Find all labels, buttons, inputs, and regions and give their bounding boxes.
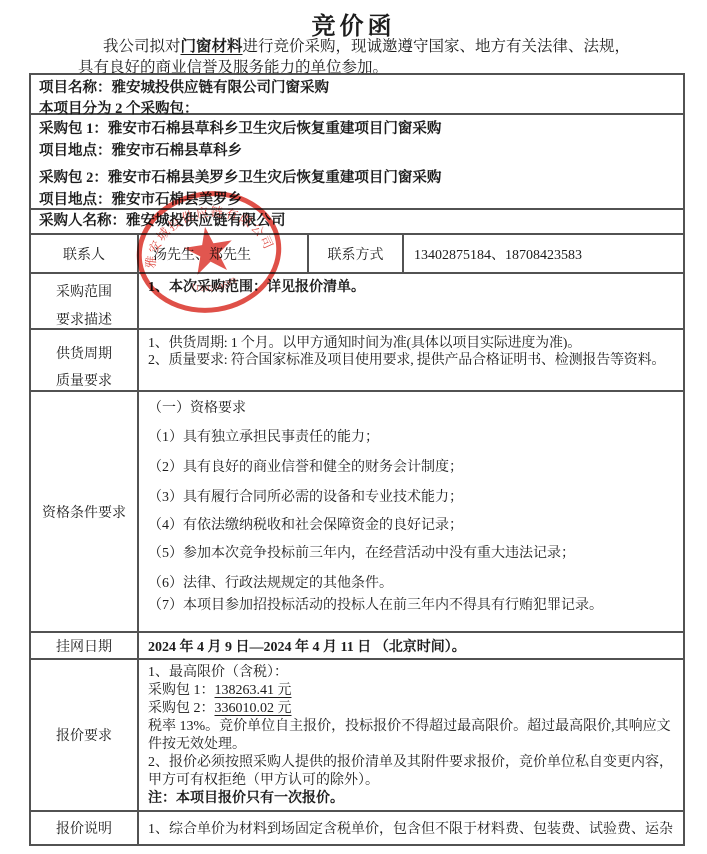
quote-rule-line: 2、报价必须按照采购人提供的报价清单及其附件要求报价，竞价单位私自变更内容，: [148, 754, 677, 772]
qualification-item-2: （2）具有良好的商业信誉和健全的财务会计制度；: [148, 459, 677, 477]
package-2-location: 项目地点：雅安市石棉县美罗乡: [39, 189, 677, 211]
qualification-item-1: （1）具有独立承担民事责任的能力；: [148, 429, 677, 447]
listing-date-label: 挂网日期: [31, 633, 139, 658]
qualification-label: 资格条件要求: [31, 392, 139, 631]
supply-label-line1: 供货周期: [56, 341, 112, 368]
qualification-item-4: （4）有依法缴纳税收和社会保障资金的良好记录；: [148, 517, 677, 535]
scope-content: 1、本次采购范围：详见报价清单。: [139, 274, 683, 328]
quote-rule-line-wrap: 甲方可有权拒绝（甲方认可的除外）。: [148, 772, 677, 790]
table-row-packages: 采购包 1：雅安市石棉县草科乡卫生灾后恢复重建项目门窗采购 项目地点：雅安市石棉…: [31, 115, 683, 210]
bidding-letter-document: 竞价函 我公司拟对门窗材料进行竞价采购，现诚邀遵守国家、地方有关法律、法规，具有…: [0, 0, 707, 854]
scope-label-line1: 采购范围: [56, 279, 112, 307]
package-1-line: 采购包 1：雅安市石棉县草科乡卫生灾后恢复重建项目门窗采购: [39, 118, 677, 140]
max-price-package-2-amount: 336010.02 元: [215, 701, 292, 716]
quote-description-label: 报价说明: [31, 812, 139, 844]
bidding-info-table: 项目名称：雅安城投供应链有限公司门窗采购 本项目分为 2 个采购包： 采购包 1…: [29, 73, 685, 846]
qualification-heading: （一）资格要求: [148, 400, 677, 418]
table-row-supply-period: 供货周期 质量要求 1、供货周期: 1 个月。以甲方通知时间为准(具体以项目实际…: [31, 330, 683, 392]
qualification-item-6: （6）法律、行政法规规定的其他条件。: [148, 575, 677, 593]
quality-requirement-line: 2、质量要求: 符合国家标准及项目使用要求, 提供产品合格证明书、检测报告等资料…: [148, 352, 677, 369]
max-price-package-1-amount: 138263.41 元: [215, 683, 292, 698]
table-row-contact: 联系人 汤先生、郑先生 联系方式 13402875184、18708423583: [31, 235, 683, 274]
tax-rate-line: 税率 13%。竞价单位自主报价，投标报价不得超过最高限价。超过最高限价,其响应文: [148, 718, 677, 736]
table-row-qualification: 资格条件要求 （一）资格要求 （1）具有独立承担民事责任的能力； （2）具有良好…: [31, 392, 683, 633]
contact-method-label: 联系方式: [309, 235, 404, 272]
qualification-item-7: （7）本项目参加招投标活动的投标人在前三年内不得具有行贿犯罪记录。: [148, 597, 677, 615]
intro-paragraph: 我公司拟对门窗材料进行竞价采购，现诚邀遵守国家、地方有关法律、法规，具有良好的商…: [78, 36, 643, 78]
contact-label: 联系人: [31, 235, 139, 272]
package-2-line: 采购包 2：雅安市石棉县美罗乡卫生灾后恢复重建项目门窗采购: [39, 167, 677, 189]
quote-requirements-label: 报价要求: [31, 660, 139, 810]
quote-note: 注：本项目报价只有一次报价。: [148, 790, 677, 808]
contact-names: 汤先生、郑先生: [139, 235, 309, 272]
supply-label-line2: 质量要求: [56, 368, 112, 395]
tax-rate-line-wrap: 件按无效处理。: [148, 736, 677, 754]
supply-period-line: 1、供货周期: 1 个月。以甲方通知时间为准(具体以项目实际进度为准)。: [148, 335, 677, 352]
package-1-location: 项目地点：雅安市石棉县草科乡: [39, 140, 677, 162]
intro-underlined-subject: 门窗材料: [181, 38, 243, 55]
table-row-quote-description: 报价说明 1、综合单价为材料到场固定含税单价，包含但不限于材料费、包装费、试验费…: [31, 812, 683, 844]
table-row-listing-date: 挂网日期 2024 年 4 月 9 日—2024 年 4 月 11 日 （北京时…: [31, 633, 683, 660]
table-row-project-name: 项目名称：雅安城投供应链有限公司门窗采购 本项目分为 2 个采购包：: [31, 75, 683, 115]
project-name-line: 项目名称：雅安城投供应链有限公司门窗采购: [39, 78, 677, 99]
qualification-item-3: （3）具有履行合同所必需的设备和专业技术能力；: [148, 489, 677, 507]
contact-phone-numbers: 13402875184、18708423583: [404, 235, 683, 272]
table-row-quote-requirements: 报价要求 1、最高限价（含税）： 采购包 1：138263.41 元 采购包 2…: [31, 660, 683, 812]
table-row-purchaser: 采购人名称：雅安城投供应链有限公司: [31, 210, 683, 235]
max-price-package-2: 采购包 2：336010.02 元: [148, 700, 677, 718]
qualification-item-5: （5）参加本次竞争投标前三年内，在经营活动中没有重大违法记录；: [148, 545, 677, 563]
table-row-scope: 采购范围 要求描述 1、本次采购范围：详见报价清单。: [31, 274, 683, 330]
quote-description-content: 1、综合单价为材料到场固定含税单价，包含但不限于材料费、包装费、试验费、运杂: [139, 812, 683, 844]
purchaser-name-line: 采购人名称：雅安城投供应链有限公司: [31, 210, 683, 233]
intro-text-before: 我公司拟对: [103, 38, 181, 55]
max-price-heading: 1、最高限价（含税）：: [148, 664, 677, 682]
max-price-package-1: 采购包 1：138263.41 元: [148, 682, 677, 700]
listing-date-value: 2024 年 4 月 9 日—2024 年 4 月 11 日 （北京时间）。: [139, 633, 683, 658]
